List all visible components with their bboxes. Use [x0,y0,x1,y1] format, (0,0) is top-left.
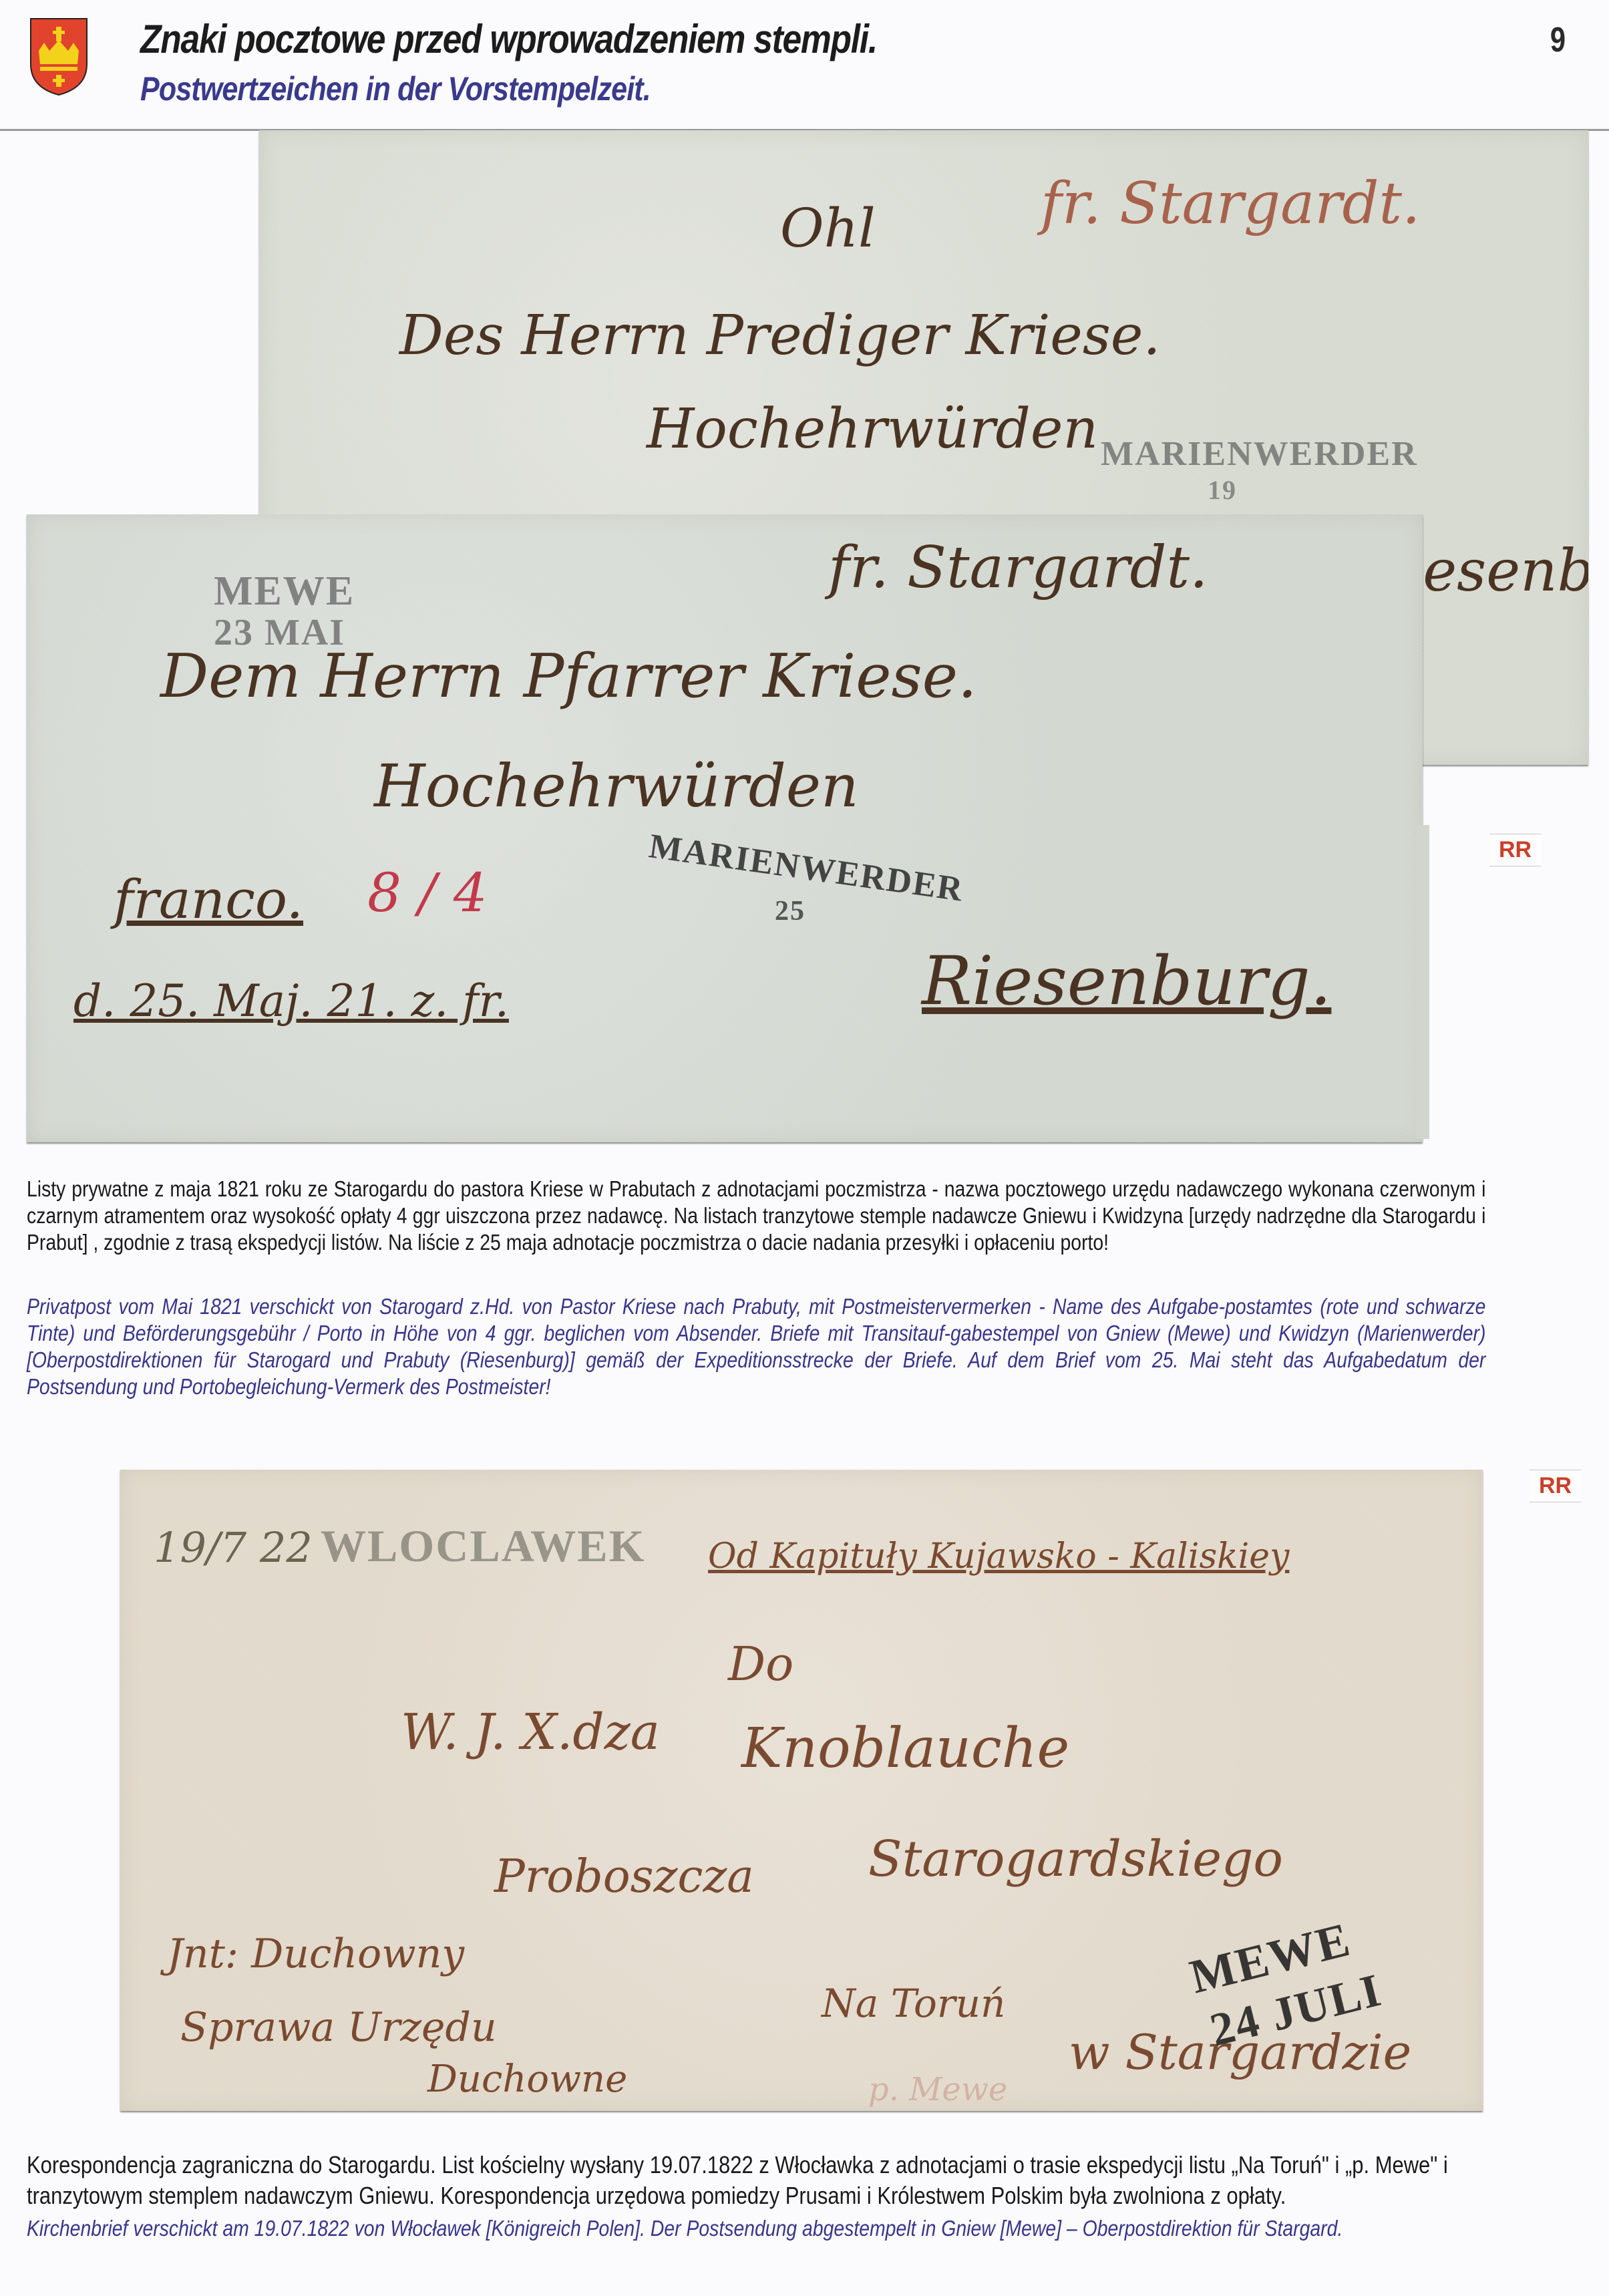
handwriting-red-origin: fr. Stargardt. [1041,170,1420,237]
handwriting-starogard: Starogardskiego [868,1830,1283,1888]
handwriting-origin: fr. Stargardt. [828,534,1208,601]
handwriting-faint-route: p. Mewe [868,2071,1007,2108]
handwriting-note-matter: Sprawa Urzędu [180,2004,497,2051]
caption-german: Kirchenbrief verschickt am 19.07.1822 vo… [27,2215,1497,2242]
handwriting-date-note: d. 25. Maj. 21. z. fr. [73,975,509,1027]
caption-german: Privatpost vom Mai 1821 verschickt von S… [27,1293,1485,1400]
page-number: 9 [1550,20,1566,60]
handwriting-address: Dem Herrn Pfarrer Kriese. [160,641,977,711]
postmark-marienwerder: MARIENWERDER [647,826,966,909]
letter-image-kriese-front: MEWE 23 MAI fr. Stargardt. Dem Herrn Pfa… [27,514,1423,1142]
handwriting-route: Na Toruń [822,1981,1005,2026]
caption-polish: Korespondencja zagraniczna do Starogardu… [27,2150,1497,2211]
handwriting-ohl: Ohl [780,197,876,259]
handwriting-honorific: W. J. X.dza [401,1703,660,1761]
handwriting-note-clergy: Duchowne [427,2058,627,2101]
handwriting-destination: Riesenburg. [922,942,1331,1020]
rarity-badge: RR [1530,1470,1581,1502]
handwriting-title: Hochehrwürden [647,397,1098,461]
postmark-mewe: MEWE [214,568,355,615]
letter-edge [1416,825,1429,1139]
handwriting-do: Do [728,1637,793,1691]
postmark-wloclawek: WLOCLAWEK [321,1520,646,1573]
coat-of-arms-crown-icon [29,17,88,96]
page-title: Znaki pocztowe przed wprowadzeniem stemp… [140,16,877,62]
handwriting-note-official: Jnt: Duchowny [167,1931,464,1977]
handwriting-red-fee: 8 / 4 [367,862,488,924]
handwriting-addressee: Knoblauche [741,1717,1069,1780]
handwriting-title: Hochehrwürden [374,752,859,820]
postmark-marienwerder: MARIENWERDER [1101,434,1418,474]
handwriting-address: Des Herrn Prediger Kriese. [399,304,1161,367]
handwriting-proboszcza: Proboszcza [494,1850,754,1903]
postmark-marienwerder-date: 25 [775,895,806,927]
handwriting-sender: Od Kapituły Kujawsko - Kaliskiey [708,1536,1289,1577]
handwriting-franco: franco. [114,868,303,931]
letter-image-wloclawek: 19/7 22 WLOCLAWEK Od Kapituły Kujawsko -… [120,1470,1483,2111]
postmark-marienwerder-date: 19 [1208,474,1237,506]
handwriting-date-note: 19/7 22 [154,1523,313,1572]
rarity-badge: RR [1489,834,1541,866]
caption-polish: Listy prywatne z maja 1821 roku ze Staro… [27,1176,1485,1256]
page-subtitle: Postwertzeichen in der Vorstempelzeit. [140,69,651,108]
